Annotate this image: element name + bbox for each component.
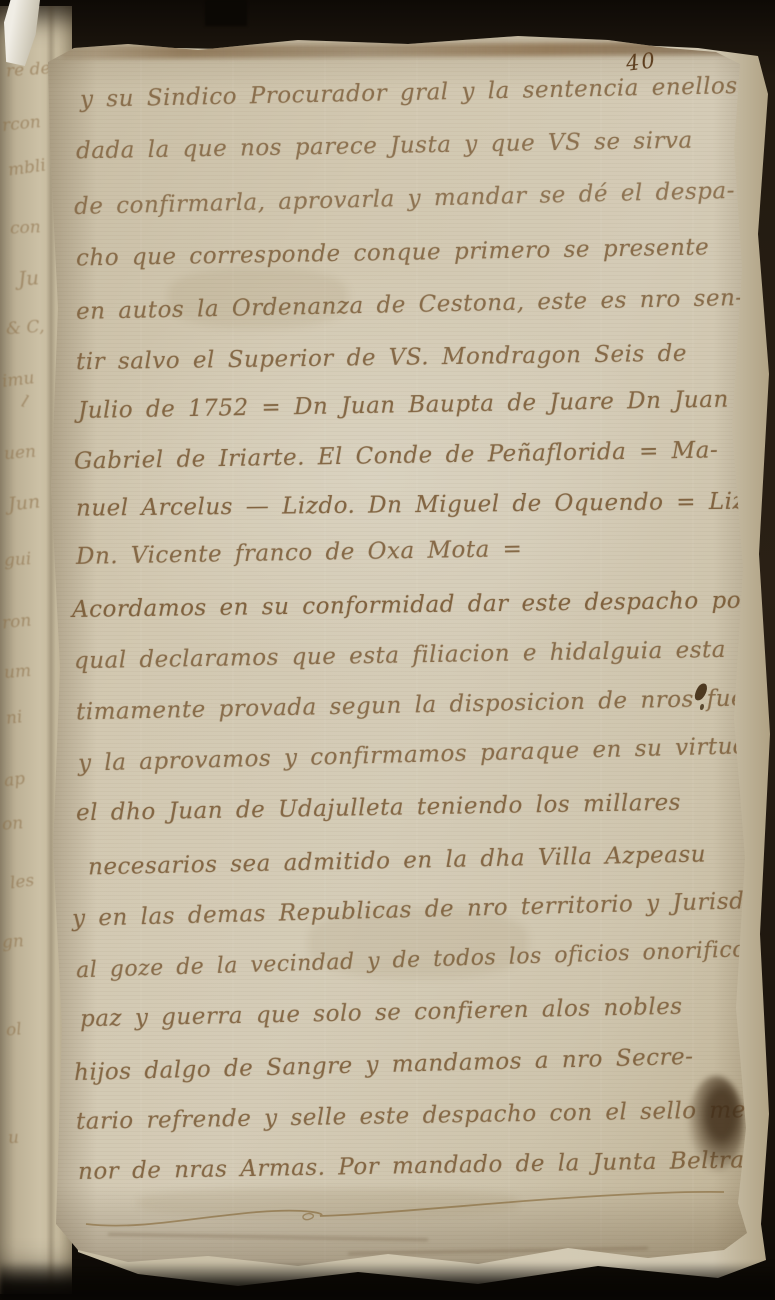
margin-fragment: um bbox=[3, 661, 32, 683]
manuscript-page: 40 y su Sindico Procurador gral y la sen… bbox=[48, 28, 748, 1272]
page-number: 40 bbox=[625, 48, 658, 76]
margin-fragment: on bbox=[1, 813, 24, 835]
margin-fragment: gn bbox=[1, 931, 25, 953]
bottom-shadow bbox=[0, 1262, 775, 1300]
show-through-smudge bbox=[168, 268, 348, 328]
margin-fragment: rcon bbox=[1, 112, 42, 136]
margin-fragment: imu bbox=[1, 368, 36, 392]
background-gap bbox=[205, 0, 247, 26]
margin-fragment: ap bbox=[3, 769, 27, 792]
margin-fragment: con bbox=[9, 217, 41, 239]
margin-fragment: gui bbox=[3, 549, 32, 571]
margin-fragment: & C, bbox=[5, 317, 45, 340]
margin-fragment: ni bbox=[5, 707, 23, 729]
edge-stain bbox=[688, 1076, 744, 1172]
margin-fragment: les bbox=[9, 871, 35, 894]
margin-fragment: uen bbox=[3, 442, 37, 465]
margin-fragment: u bbox=[7, 1128, 19, 1149]
margin-fragment: ol bbox=[5, 1019, 23, 1041]
manuscript-photo: re de rcon mbli con Ju & C, imu l uen Ju… bbox=[0, 0, 775, 1300]
margin-fragment: Jun bbox=[7, 490, 41, 515]
show-through-smudge bbox=[308, 908, 528, 978]
margin-fragment: Ju bbox=[17, 265, 40, 291]
show-through-smudge bbox=[138, 1188, 518, 1218]
margin-fragment: ron bbox=[1, 611, 32, 634]
